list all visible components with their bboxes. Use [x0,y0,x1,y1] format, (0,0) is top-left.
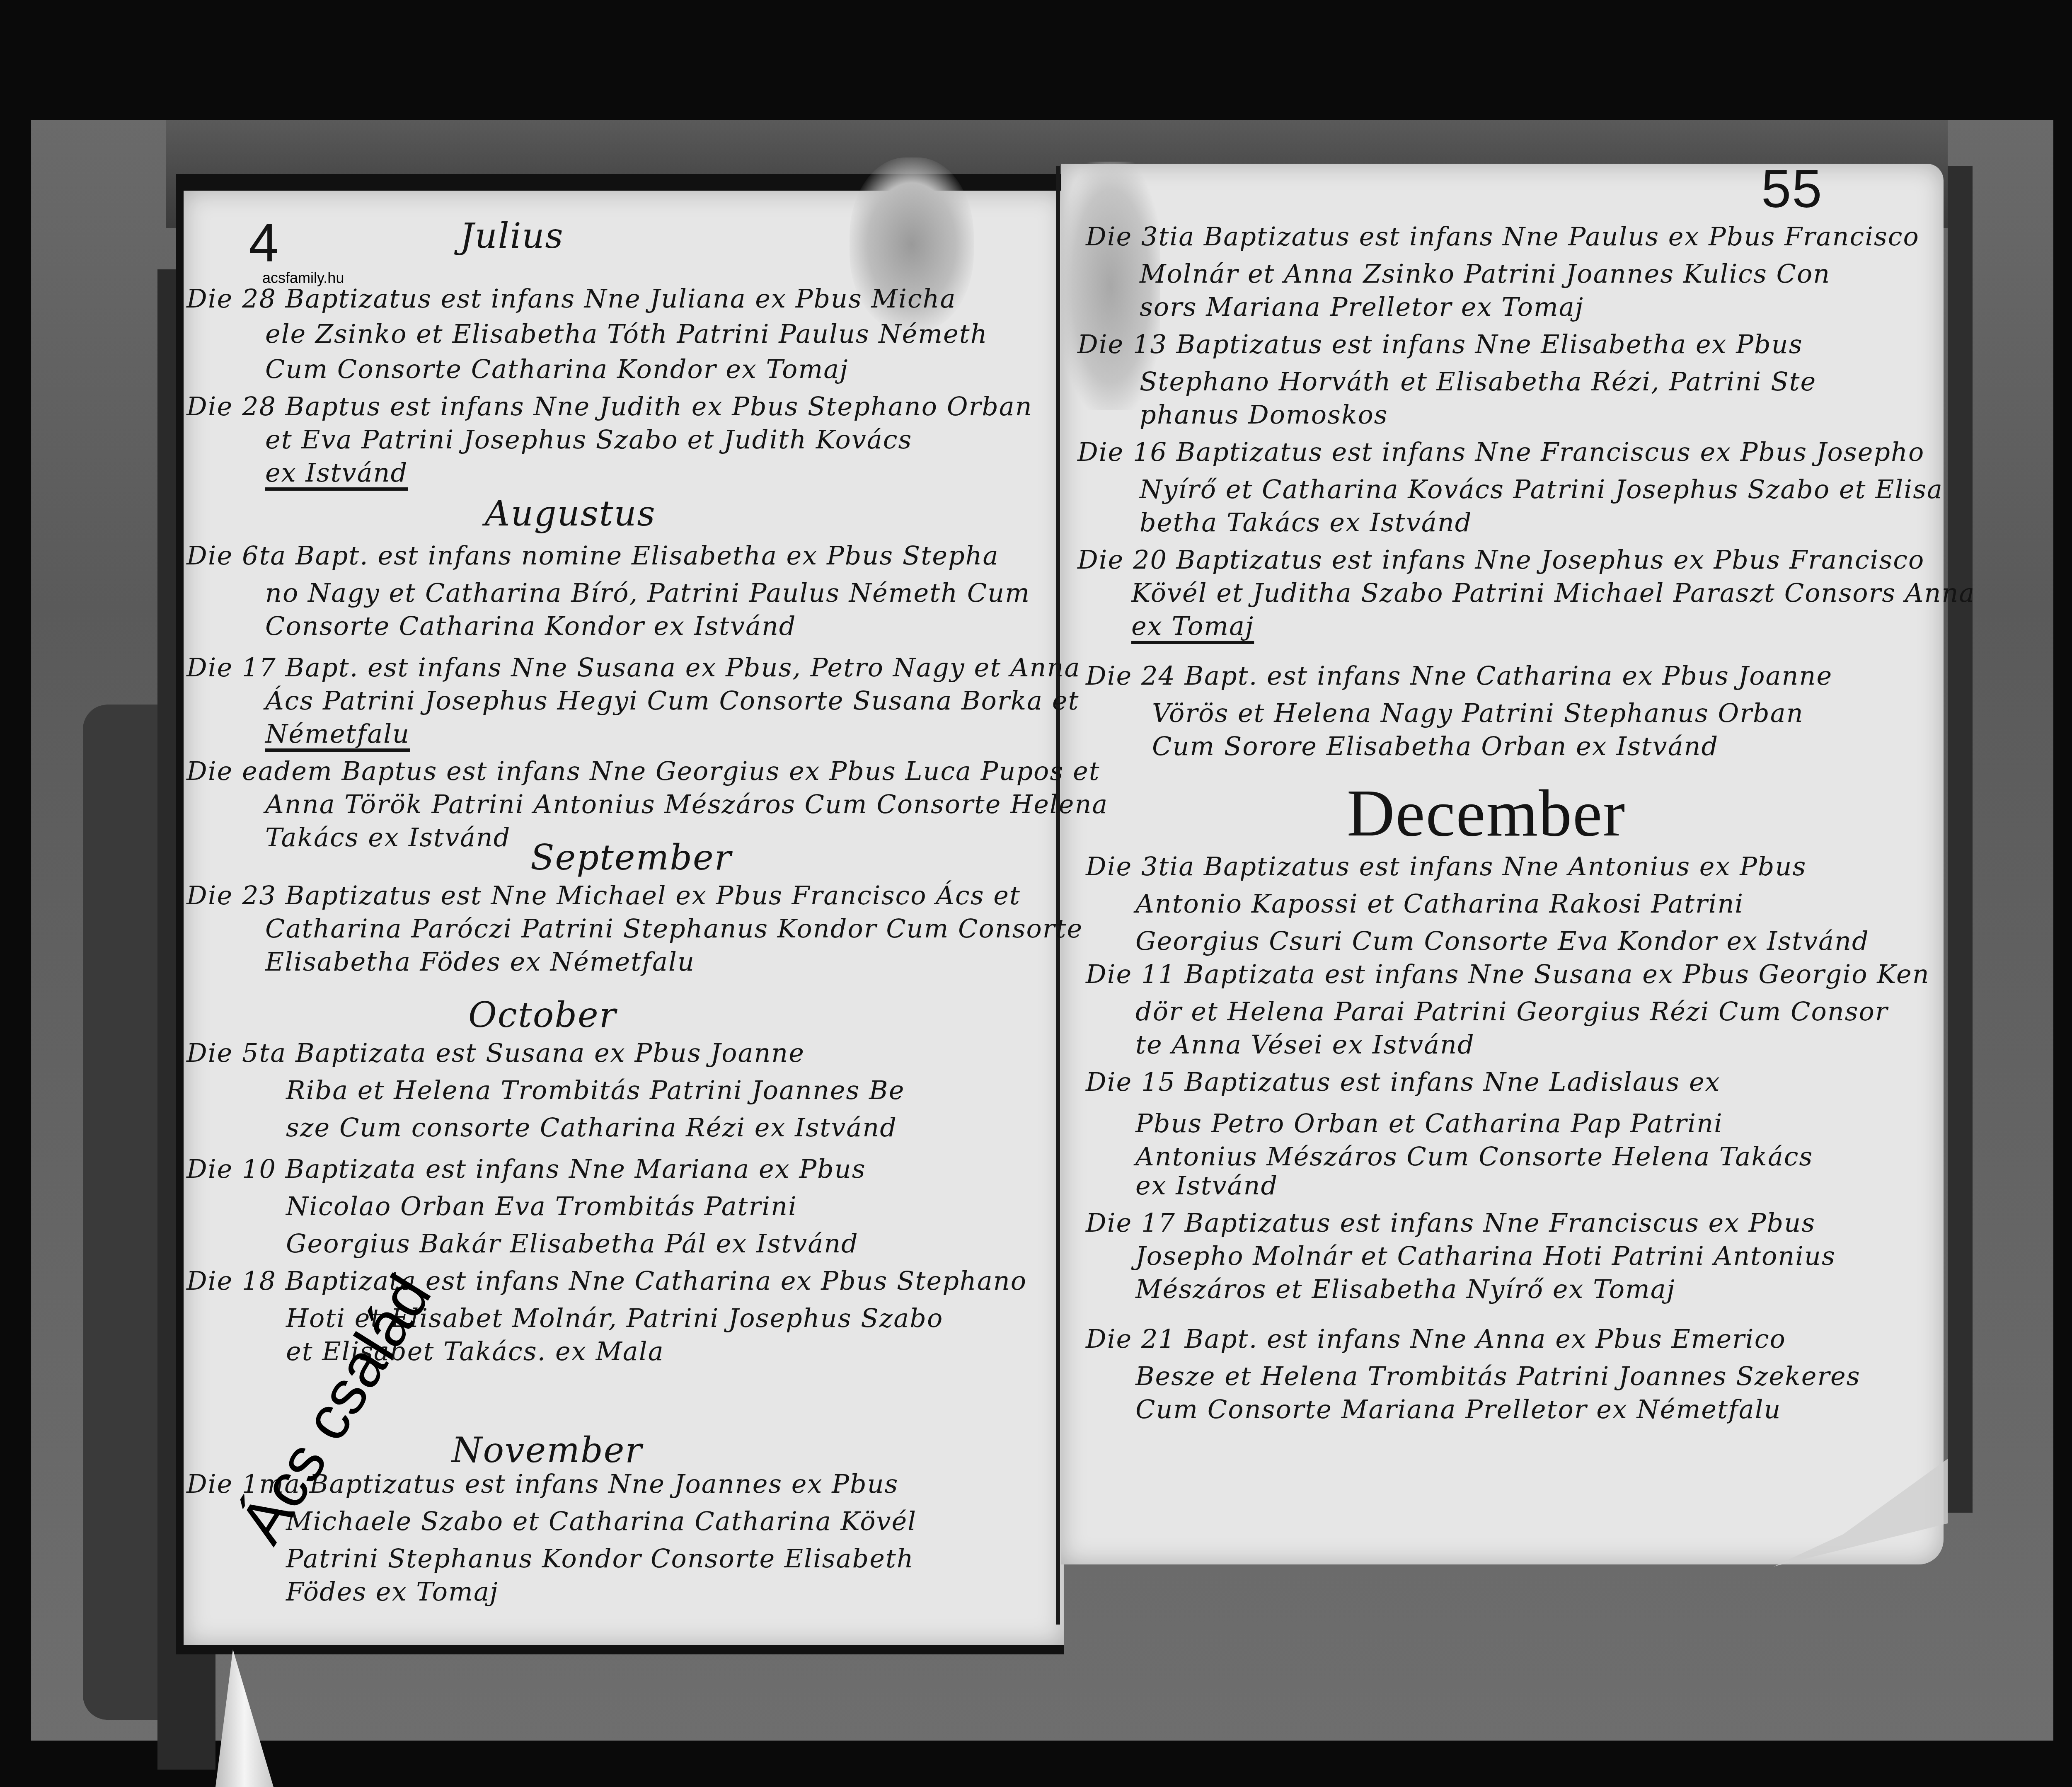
entry-line: ex Istvánd [1135,1173,1278,1199]
entry-line: sors Mariana Prelletor ex Tomaj [1140,294,1584,320]
month-heading: December [1347,775,1626,852]
entry-line: Die 17 Baptizatus est infans Nne Francis… [1086,1210,1815,1236]
month-heading: October [468,995,617,1035]
entry-line: dör et Helena Parai Patrini Georgius Réz… [1135,999,1888,1024]
entry-line: Nyírő et Catharina Kovács Patrini Joseph… [1140,477,1943,502]
entry-line: Nicolao Orban Eva Trombitás Patrini [286,1194,797,1219]
page-number: 4 [249,211,279,274]
entry-line: Patrini Stephanus Kondor Consorte Elisab… [286,1546,914,1571]
entry-line: no Nagy et Catharina Bíró, Patrini Paulu… [265,580,1030,606]
entry-line: Georgius Csuri Cum Consorte Eva Kondor e… [1135,928,1869,954]
entry-line: Besze et Helena Trombitás Patrini Joanne… [1135,1363,1861,1389]
entry-line: Kövél et Juditha Szabo Patrini Michael P… [1131,580,1975,606]
entry-line: Michaele Szabo et Catharina Catharina Kö… [286,1509,917,1534]
entry-line: Födes ex Tomaj [286,1579,499,1605]
entry-line: Consorte Catharina Kondor ex Istvánd [265,613,796,639]
entry-line: betha Takács ex Istvánd [1140,510,1472,535]
entry-line: Die 21 Bapt. est infans Nne Anna ex Pbus… [1086,1326,1786,1352]
entry-line: Die 18 Baptizata est infans Nne Catharin… [186,1268,1027,1294]
entry-line: Catharina Paróczi Patrini Stephanus Kond… [265,916,1083,942]
entry-line: Cum Consorte Catharina Kondor ex Tomaj [265,356,848,382]
entry-line: phanus Domoskos [1140,402,1388,428]
entry-line: Riba et Helena Trombitás Patrini Joannes… [286,1078,905,1103]
entry-line: Die 24 Bapt. est infans Nne Catharina ex… [1086,663,1832,689]
entry-line: Takács ex Istvánd [265,825,511,850]
entry-line: Die 10 Baptizata est infans Nne Mariana … [186,1156,866,1182]
entry-line: Németfalu [265,721,410,747]
entry-line: sze Cum consorte Catharina Rézi ex Istvá… [286,1115,897,1140]
entry-line: et Eva Patrini Josephus Szabo et Judith … [265,427,912,453]
entry-line: Molnár et Anna Zsinko Patrini Joannes Ku… [1140,261,1830,287]
entry-line: te Anna Vései ex Istvánd [1135,1032,1475,1058]
entry-line: Vörös et Helena Nagy Patrini Stephanus O… [1152,700,1804,726]
entry-line: Antonio Kapossi et Catharina Rakosi Patr… [1135,891,1744,917]
entry-line: Elisabetha Födes ex Németfalu [265,949,695,975]
entry-line: Mészáros et Elisabetha Nyírő ex Tomaj [1135,1276,1675,1302]
entry-line: Die 15 Baptizatus est infans Nne Ladisla… [1086,1069,1721,1095]
month-heading: Augustus [485,493,656,534]
entry-line: Die 28 Baptus est infans Nne Judith ex P… [186,394,1033,419]
entry-line: Pbus Petro Orban et Catharina Pap Patrin… [1135,1111,1723,1136]
entry-line: Die 6ta Bapt. est infans nomine Elisabet… [186,543,999,569]
entry-line: ele Zsinko et Elisabetha Tóth Patrini Pa… [265,321,988,347]
month-heading: Julius [460,216,564,256]
entry-line: Anna Török Patrini Antonius Mészáros Cum… [265,792,1108,817]
entry-line: ex Istvánd [265,460,408,486]
entry-line: Die 16 Baptizatus est infans Nne Francis… [1077,439,1924,465]
month-heading: September [530,837,732,878]
entry-line: Die 11 Baptizata est infans Nne Susana e… [1086,961,1930,987]
entry-line: Cum Consorte Mariana Prelletor ex Németf… [1135,1397,1782,1422]
entry-line: Die 3tia Baptizatus est infans Nne Paulu… [1086,224,1920,249]
entry-line: Georgius Bakár Elisabetha Pál ex Istvánd [286,1231,859,1257]
entry-line: Ács Patrini Josephus Hegyi Cum Consorte … [265,688,1079,714]
entry-line: Die 5ta Baptizata est Susana ex Pbus Joa… [186,1040,805,1066]
entry-line: Josepho Molnár et Catharina Hoti Patrini… [1135,1243,1836,1269]
entry-line: Die 28 Baptizatus est infans Nne Juliana… [186,286,956,312]
entry-line: Antonius Mészáros Cum Consorte Helena Ta… [1135,1144,1813,1170]
entry-line: Die 20 Baptizatus est infans Nne Josephu… [1077,547,1924,573]
entry-line: Die 3tia Baptizatus est infans Nne Anton… [1086,854,1806,879]
entry-line: Stephano Horváth et Elisabetha Rézi, Pat… [1140,369,1816,395]
page-number: 55 [1761,157,1823,220]
entry-line: Die 23 Baptizatus est Nne Michael ex Pbu… [186,883,1021,908]
entry-line: Die 17 Bapt. est infans Nne Susana ex Pb… [186,655,1080,680]
entry-line: Die eadem Baptus est infans Nne Georgius… [186,758,1100,784]
entry-line: ex Tomaj [1131,613,1254,639]
book-gutter [1056,166,1060,1625]
entry-line: Cum Sorore Elisabetha Orban ex Istvánd [1152,734,1719,759]
entry-line: Die 13 Baptizatus est infans Nne Elisabe… [1077,332,1803,357]
month-heading: November [452,1430,643,1470]
book-cover-right [1948,166,1973,1513]
